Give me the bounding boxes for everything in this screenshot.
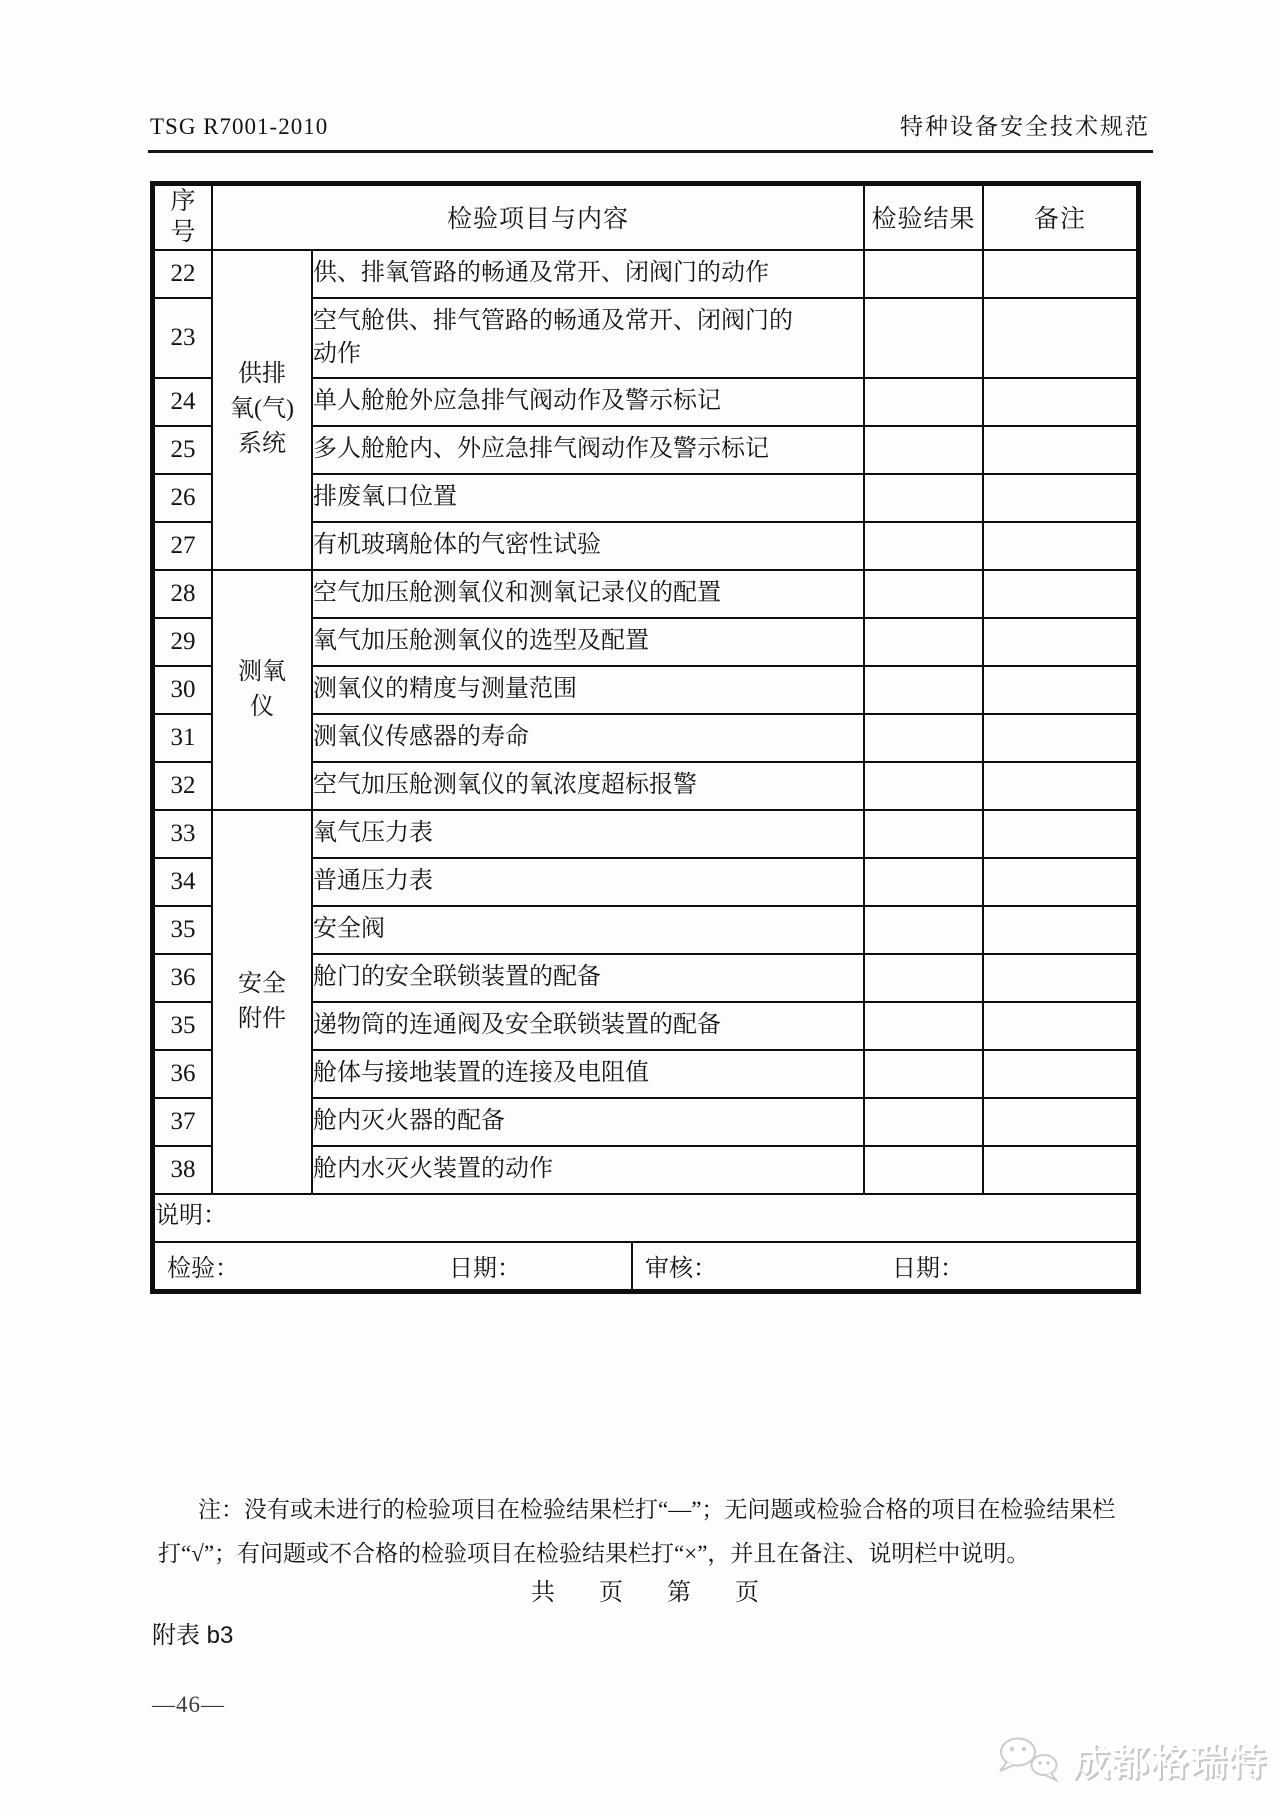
header-item: 检验项目与内容 <box>212 185 864 250</box>
page-header: TSG R7001-2010 特种设备安全技术规范 <box>150 108 1150 141</box>
remark-cell <box>983 522 1137 570</box>
item-text: 排废氧口位置 <box>312 474 864 522</box>
result-cell <box>864 1146 983 1194</box>
row-serial-number: 24 <box>154 378 212 426</box>
result-cell <box>864 1050 983 1098</box>
page-number: —46— <box>152 1692 225 1718</box>
signature-row: 检验： 日期： 审核： 日期： <box>154 1242 1137 1290</box>
row-serial-number: 29 <box>154 618 212 666</box>
header-result: 检验结果 <box>864 185 983 250</box>
item-text: 递物筒的连通阀及安全联锁装置的配备 <box>312 1002 864 1050</box>
item-text: 氧气压力表 <box>312 810 864 858</box>
row-serial-number: 30 <box>154 666 212 714</box>
remark-cell <box>983 714 1137 762</box>
remark-cell <box>983 298 1137 378</box>
result-cell <box>864 954 983 1002</box>
result-cell <box>864 906 983 954</box>
remark-cell <box>983 858 1137 906</box>
row-serial-number: 36 <box>154 954 212 1002</box>
item-text: 测氧仪的精度与测量范围 <box>312 666 864 714</box>
remark-cell <box>983 426 1137 474</box>
row-serial-number: 32 <box>154 762 212 810</box>
remark-cell <box>983 1098 1137 1146</box>
table-row: 22供排 氧(气) 系统供、排氧管路的畅通及常开、闭阀门的动作 <box>154 250 1137 298</box>
remark-cell <box>983 618 1137 666</box>
table-row: 33安全 附件氧气压力表 <box>154 810 1137 858</box>
result-cell <box>864 666 983 714</box>
inspection-table-frame: 序 号 检验项目与内容 检验结果 备注 22供排 氧(气) 系统供、排氧管路的畅… <box>150 181 1141 1294</box>
doc-code: TSG R7001-2010 <box>150 114 328 140</box>
remark-cell <box>983 810 1137 858</box>
header-remark: 备注 <box>983 185 1137 250</box>
row-serial-number: 37 <box>154 1098 212 1146</box>
remark-cell <box>983 954 1137 1002</box>
footnote: 注：没有或未进行的检验项目在检验结果栏打“—”；无问题或检验合格的项目在检验结果… <box>158 1488 1170 1576</box>
result-cell <box>864 522 983 570</box>
result-cell <box>864 426 983 474</box>
result-cell <box>864 378 983 426</box>
item-text: 舱内水灭火装置的动作 <box>312 1146 864 1194</box>
result-cell <box>864 1098 983 1146</box>
notes-row: 说明： <box>154 1194 1137 1242</box>
remark-cell <box>983 1050 1137 1098</box>
item-text: 普通压力表 <box>312 858 864 906</box>
footnote-line-2: 打“√”；有问题或不合格的检验项目在检验结果栏打“×”，并且在备注、说明栏中说明… <box>158 1532 1170 1576</box>
result-cell <box>864 618 983 666</box>
item-text: 单人舱舱外应急排气阀动作及警示标记 <box>312 378 864 426</box>
row-serial-number: 26 <box>154 474 212 522</box>
item-text: 空气舱供、排气管路的畅通及常开、闭阀门的 动作 <box>312 298 864 378</box>
item-text: 安全阀 <box>312 906 864 954</box>
footnote-line-1: 注：没有或未进行的检验项目在检验结果栏打“—”；无问题或检验合格的项目在检验结果… <box>158 1488 1170 1532</box>
inspection-table-body: 22供排 氧(气) 系统供、排氧管路的畅通及常开、闭阀门的动作23空气舱供、排气… <box>154 250 1137 1194</box>
doc-title: 特种设备安全技术规范 <box>900 108 1150 141</box>
row-serial-number: 35 <box>154 1002 212 1050</box>
remark-cell <box>983 666 1137 714</box>
result-cell <box>864 250 983 298</box>
item-text: 舱内灭火器的配备 <box>312 1098 864 1146</box>
row-serial-number: 25 <box>154 426 212 474</box>
table-header-row: 序 号 检验项目与内容 检验结果 备注 <box>154 185 1137 250</box>
result-cell <box>864 762 983 810</box>
row-serial-number: 35 <box>154 906 212 954</box>
item-text: 有机玻璃舱体的气密性试验 <box>312 522 864 570</box>
result-cell <box>864 810 983 858</box>
row-serial-number: 36 <box>154 1050 212 1098</box>
result-cell <box>864 298 983 378</box>
table-row: 28测氧 仪空气加压舱测氧仪和测氧记录仪的配置 <box>154 570 1137 618</box>
remark-cell <box>983 1002 1137 1050</box>
item-text: 氧气加压舱测氧仪的选型及配置 <box>312 618 864 666</box>
item-text: 测氧仪传感器的寿命 <box>312 714 864 762</box>
wechat-logo-icon <box>991 1734 1065 1784</box>
remark-cell <box>983 474 1137 522</box>
item-text: 空气加压舱测氧仪和测氧记录仪的配置 <box>312 570 864 618</box>
review-label: 审核： <box>645 1248 717 1283</box>
header-serial-number: 序 号 <box>154 185 212 250</box>
row-serial-number: 22 <box>154 250 212 298</box>
watermark-text: 成都格瑞特 <box>1073 1732 1268 1786</box>
row-serial-number: 33 <box>154 810 212 858</box>
row-serial-number: 27 <box>154 522 212 570</box>
review-date-label: 日期： <box>892 1248 964 1283</box>
inspect-label: 检验： <box>167 1248 239 1283</box>
inspector-signature-cell: 检验： 日期： <box>155 1243 633 1289</box>
remark-cell <box>983 762 1137 810</box>
row-serial-number: 23 <box>154 298 212 378</box>
result-cell <box>864 570 983 618</box>
reviewer-signature-cell: 审核： 日期： <box>633 1243 1136 1289</box>
watermark: 成都格瑞特 <box>991 1732 1268 1786</box>
remark-cell <box>983 1146 1137 1194</box>
item-text: 舱体与接地装置的连接及电阻值 <box>312 1050 864 1098</box>
group-label: 测氧 仪 <box>212 570 312 810</box>
header-rule <box>148 150 1153 153</box>
remark-cell <box>983 250 1137 298</box>
item-text: 空气加压舱测氧仪的氧浓度超标报警 <box>312 762 864 810</box>
pages-line: 共 页 第 页 <box>150 1572 1150 1607</box>
remark-cell <box>983 906 1137 954</box>
result-cell <box>864 474 983 522</box>
row-serial-number: 38 <box>154 1146 212 1194</box>
group-label: 安全 附件 <box>212 810 312 1194</box>
row-serial-number: 28 <box>154 570 212 618</box>
item-text: 舱门的安全联锁装置的配备 <box>312 954 864 1002</box>
item-text: 供、排氧管路的畅通及常开、闭阀门的动作 <box>312 250 864 298</box>
inspection-table: 序 号 检验项目与内容 检验结果 备注 22供排 氧(气) 系统供、排氧管路的畅… <box>153 184 1138 1291</box>
inspect-date-label: 日期： <box>449 1248 521 1283</box>
row-serial-number: 31 <box>154 714 212 762</box>
result-cell <box>864 714 983 762</box>
group-label: 供排 氧(气) 系统 <box>212 250 312 570</box>
notes-cell: 说明： <box>154 1194 1137 1242</box>
result-cell <box>864 1002 983 1050</box>
remark-cell <box>983 378 1137 426</box>
result-cell <box>864 858 983 906</box>
remark-cell <box>983 570 1137 618</box>
appendix-label: 附表 b3 <box>152 1615 233 1650</box>
document-page: TSG R7001-2010 特种设备安全技术规范 序 号 检验项目与内容 检验… <box>0 0 1280 1810</box>
item-text: 多人舱舱内、外应急排气阀动作及警示标记 <box>312 426 864 474</box>
row-serial-number: 34 <box>154 858 212 906</box>
